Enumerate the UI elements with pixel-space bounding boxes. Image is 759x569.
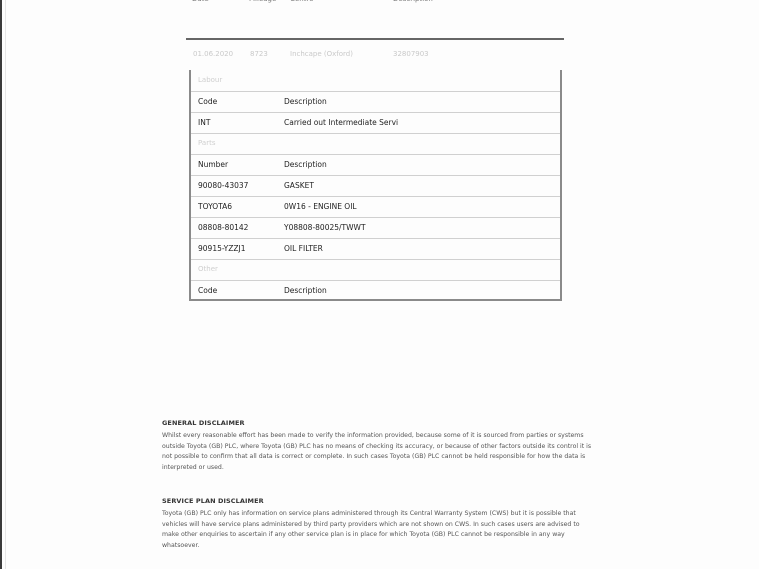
table-row: 90080-43037 GASKET: [191, 175, 560, 197]
header-description: Description: [393, 0, 433, 3]
other-header-description: Description: [284, 280, 327, 301]
parts-header-number: Number: [198, 154, 228, 175]
general-disclaimer-text: Whilst every reasonable effort has been …: [162, 431, 592, 473]
service-plan-disclaimer-title: SERVICE PLAN DISCLAIMER: [162, 497, 592, 505]
header-date: Date: [192, 0, 209, 3]
labour-header-description: Description: [284, 91, 327, 112]
page-edge-shadow: [5, 0, 6, 569]
other-header-row: Code Description: [191, 280, 560, 301]
header-mileage: Mileage: [249, 0, 276, 3]
table-row: 08808-80142 Y08808-80025/TWWT: [191, 217, 560, 239]
table-row: 90915-YZZJ1 OIL FILTER: [191, 238, 560, 260]
labour-header-code: Code: [198, 91, 217, 112]
labour-header-row: Code Description: [191, 91, 560, 113]
table-row: TOYOTA6 0W16 - ENGINE OIL: [191, 196, 560, 218]
page-edge: [0, 0, 2, 569]
parts-header-description: Description: [284, 154, 327, 175]
entry-reference: 32807903: [393, 50, 429, 58]
table-row: INT Carried out Intermediate Servi: [191, 112, 560, 134]
other-section-title: Other: [191, 259, 560, 281]
entry-date: 01.06.2020: [193, 50, 233, 58]
general-disclaimer-title: GENERAL DISCLAIMER: [162, 419, 592, 427]
parts-header-row: Number Description: [191, 154, 560, 176]
labour-section-title: Labour: [191, 70, 560, 92]
other-header-code: Code: [198, 280, 217, 301]
header-centre: Centre: [290, 0, 313, 3]
entry-centre: Inchcape (Oxford): [290, 50, 353, 58]
header-divider: [186, 38, 564, 40]
parts-section-title: Parts: [191, 133, 560, 155]
service-detail-table: Labour Code Description INT Carried out …: [189, 70, 562, 301]
service-plan-disclaimer-text: Toyota (GB) PLC only has information on …: [162, 509, 592, 551]
service-plan-disclaimer: SERVICE PLAN DISCLAIMER Toyota (GB) PLC …: [162, 497, 592, 551]
general-disclaimer: GENERAL DISCLAIMER Whilst every reasonab…: [162, 419, 592, 473]
entry-mileage: 8723: [250, 50, 268, 58]
